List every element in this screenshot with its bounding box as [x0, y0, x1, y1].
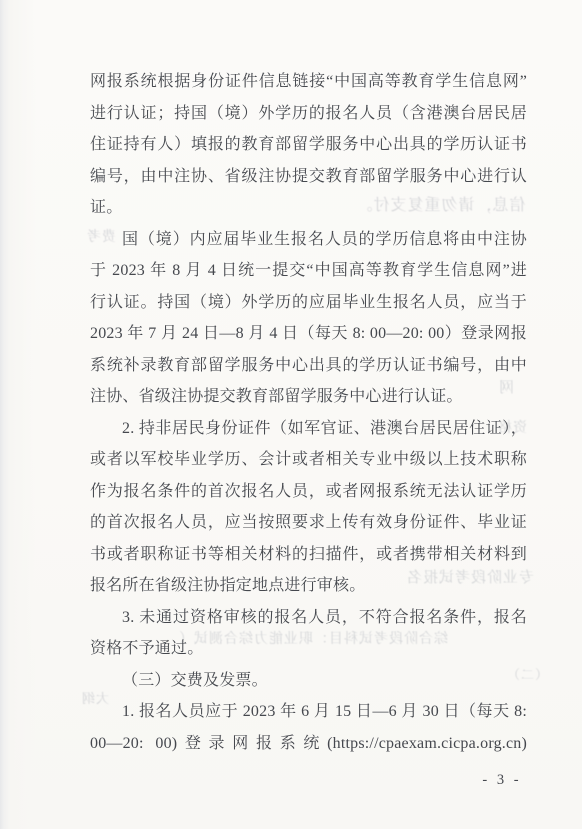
text-line: 1. 报名人员应于 2023 年 6 月 15 日—6 月 30 日（每天 8: — [90, 696, 527, 728]
text-line: 的首次报名人员，应当按照要求上传有效身份证件、毕业证 — [90, 507, 527, 539]
text-line: 进行认证；持国（境）外学历的报名人员（含港澳台居民居 — [90, 98, 527, 130]
text-line: 住证持有人）填报的教育部留学服务中心出具的学历认证书 — [90, 129, 527, 161]
text-line: 网报系统根据身份证件信息链接“中国高等教育学生信息网” — [90, 66, 527, 98]
text-line: 作为报名条件的首次报名人员，或者网报系统无法认证学历 — [90, 476, 527, 508]
text-line: 2. 持非居民身份证件（如军官证、港澳台居民居住证）， — [90, 413, 527, 445]
page-number: - 3 - — [452, 772, 552, 789]
document-page: 信息，请勿重复支付。费考网资格专业阶段考试报名综合阶段考试科目：职业能力综合测试… — [0, 0, 582, 829]
text-line: 报名所在省级注协指定地点进行审核。 — [90, 570, 527, 602]
text-line: 或者以军校毕业学历、会计或者相关专业中级以上技术职称 — [90, 444, 527, 476]
text-line: 编号，由中注协、省级注协提交教育部留学服务中心进行认 — [90, 161, 527, 193]
text-line: 证。 — [90, 192, 527, 224]
text-line: 书或者职称证书等相关材料的扫描件，或者携带相关材料到 — [90, 539, 527, 571]
text-line: 注协、省级注协提交教育部留学服务中心进行认证。 — [90, 381, 527, 413]
text-line: 资格不予通过。 — [90, 633, 527, 665]
text-line: 3. 未通过资格审核的报名人员，不符合报名条件，报名 — [90, 602, 527, 634]
text-line: 00—20: 00)登录网报系统(https://cpaexam.cicpa.o… — [90, 728, 527, 760]
text-line: （三）交费及发票。 — [90, 665, 527, 697]
document-body: 网报系统根据身份证件信息链接“中国高等教育学生信息网”进行认证；持国（境）外学历… — [90, 66, 527, 759]
text-line: 国（境）内应届毕业生报名人员的学历信息将由中注协 — [90, 224, 527, 256]
text-line: 系统补录教育部留学服务中心出具的学历认证书编号，由中 — [90, 350, 527, 382]
text-line: 行认证。持国（境）外学历的应届毕业生报名人员，应当于 — [90, 287, 527, 319]
text-line: 2023 年 7 月 24 日—8 月 4 日（每天 8: 00—20: 00）… — [90, 318, 527, 350]
text-line: 于 2023 年 8 月 4 日统一提交“中国高等教育学生信息网”进 — [90, 255, 527, 287]
